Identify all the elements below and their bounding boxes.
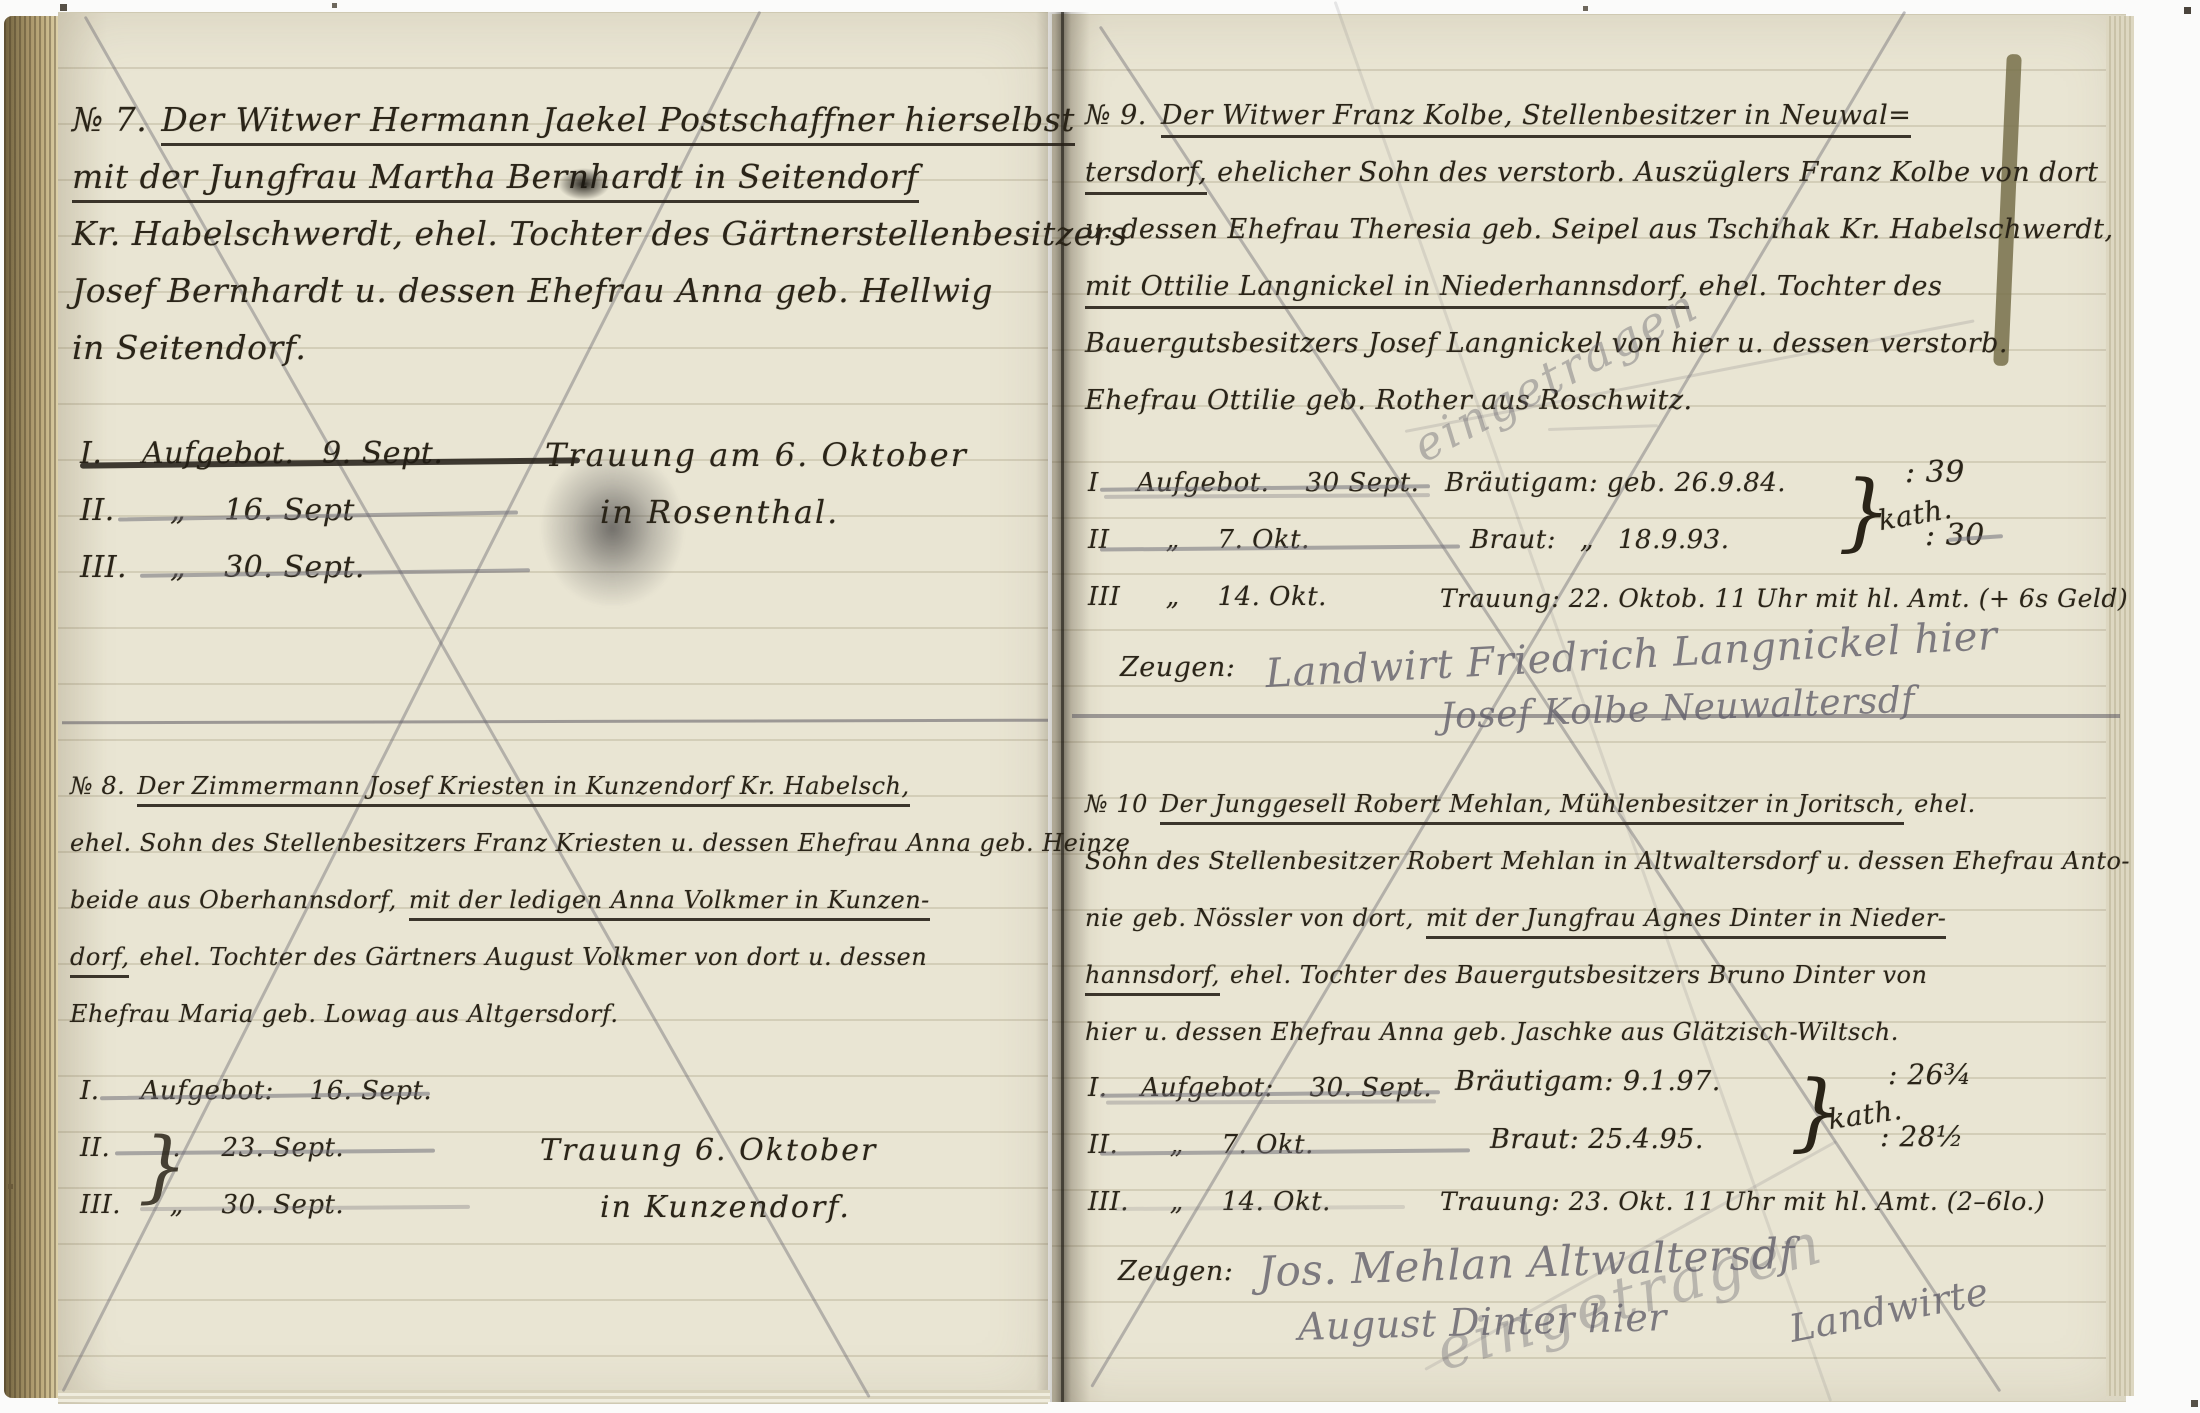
entry10-bride-name-cont: hannsdorf, — [1085, 961, 1220, 996]
entry8-banns-row2: II. . 23. Sept. — [80, 1133, 344, 1163]
entry8-line5: Ehefrau Maria geb. Lowag aus Altgersdorf… — [70, 1000, 618, 1028]
entry10-groom-name: Der Junggesell Robert Mehlan, Mühlenbesi… — [1160, 790, 1904, 825]
entry8-wedding-line2: in Kunzendorf. — [600, 1190, 851, 1225]
entry10-groom-mother: nie geb. Nössler von dort, — [1085, 904, 1414, 932]
entry10-groom-age: : 26¾ — [1888, 1058, 1972, 1091]
page-stack-bottom-edge — [58, 1390, 1050, 1402]
entry7-banns-row2: II. „ 16. Sept — [80, 493, 355, 528]
entry8-line3: beide aus Oberhannsdorf,mit der ledigen … — [70, 886, 930, 914]
entry10-number: № 10 — [1085, 790, 1148, 818]
entry7-groom-name: Der Witwer Hermann Jaekel Postschaffner … — [161, 100, 1075, 146]
entry7-line4: Josef Bernhardt u. dessen Ehefrau Anna g… — [72, 271, 993, 310]
entry10-wedding-info: Trauung: 23. Okt. 11 Uhr mit hl. Amt. (2… — [1440, 1187, 2045, 1216]
entry10-banns-row1: I. Aufgebot: 30. Sept. — [1088, 1073, 1432, 1103]
entry9-bride-name: mit Ottilie Langnickel in Niederhannsdor… — [1085, 271, 1689, 309]
entry7-bride-name: mit der Jungfrau Martha Bernhardt in Sei… — [72, 157, 919, 203]
entry8-bride-parents: ehel. Tochter des Gärtners August Volkme… — [139, 943, 927, 971]
entry10-banns-row3: III. „ 14. Okt. — [1088, 1187, 1331, 1217]
entry9-bride-parents: ehel. Tochter des — [1699, 271, 1943, 302]
entry7-banns-row3: III. „ 30. Sept. — [80, 550, 365, 585]
entry10-witnesses-label: Zeugen: — [1118, 1256, 1233, 1287]
banns-roman-3: III. — [80, 1190, 132, 1220]
entry9-groom-parents: ehelicher Sohn des verstorb. Auszüglers … — [1217, 157, 2098, 188]
entry9-groom-birth: Bräutigam: geb. 26.9.84. — [1445, 468, 1786, 498]
entry9-groom-name-cont: tersdorf, — [1085, 157, 1207, 195]
entry10-bride-parents: ehel. Tochter des Bauergutsbesitzers Bru… — [1230, 961, 1927, 989]
entry8-line4: dorf,ehel. Tochter des Gärtners August V… — [70, 943, 927, 971]
entry9-line2: tersdorf,ehelicher Sohn des verstorb. Au… — [1085, 157, 2099, 188]
banns-brace: } — [138, 1122, 188, 1212]
banns-roman-3: III. — [1088, 1187, 1132, 1217]
entry10-groom-birth: Bräutigam: 9.1.97. — [1455, 1066, 1721, 1097]
ink-blot-bernhardt — [558, 168, 610, 200]
banns-roman-1: I. — [1088, 1073, 1132, 1103]
entry9-bride-birth: Braut:„18.9.93. — [1470, 525, 1730, 555]
entry7-line2: mit der Jungfrau Martha Bernhardt in Sei… — [72, 157, 919, 196]
entry10-banns-row2: II. „ 7. Okt. — [1088, 1130, 1314, 1160]
register-book-spread: № 7.Der Witwer Hermann Jaekel Postschaff… — [0, 0, 2200, 1413]
ditto-mark: „ — [142, 493, 214, 528]
entry8-groom-name: Der Zimmermann Josef Kriesten in Kunzend… — [137, 772, 909, 807]
banns-label: Aufgebot: — [141, 1076, 301, 1106]
entry8-bride-name-cont: dorf, — [70, 943, 129, 978]
ditto-mark: „ — [1141, 1187, 1213, 1217]
entry8-banns-row1: I. Aufgebot: 16. Sept. — [80, 1076, 432, 1106]
entry8-number: № 8. — [70, 772, 125, 800]
entry8-wedding-line1: Trauung 6. Oktober — [540, 1133, 877, 1168]
bride-birthdate: 18.9.93. — [1618, 525, 1730, 555]
banns-date: 14. Okt. — [1218, 582, 1327, 612]
entry9-number: № 9. — [1085, 100, 1147, 131]
entry7-wedding-line2: in Rosenthal. — [600, 493, 839, 531]
entry9-line1: № 9.Der Witwer Franz Kolbe, Stellenbesit… — [1085, 100, 1911, 131]
entry8-line1: № 8.Der Zimmermann Josef Kriesten in Kun… — [70, 772, 910, 800]
entry10-line4: hannsdorf,ehel. Tochter des Bauergutsbes… — [1085, 961, 1927, 989]
banns-roman-2: II. — [80, 1133, 132, 1163]
banns-roman-2: II. — [80, 493, 132, 528]
entry8-bride-name: mit der ledigen Anna Volkmer in Kunzen- — [409, 886, 930, 921]
banns-roman-3: III — [1088, 582, 1128, 612]
bride-label: Braut: — [1470, 525, 1556, 555]
ditto-mark: „ — [142, 550, 214, 585]
entry7-line5: in Seitendorf. — [72, 328, 306, 367]
entry10-bride-birth: Braut: 25.4.95. — [1490, 1124, 1704, 1155]
entry7-line1: № 7.Der Witwer Hermann Jaekel Postschaff… — [72, 100, 1075, 139]
entry7-wedding-line1: Trauung am 6. Oktober — [545, 436, 968, 474]
banns-roman-3: III. — [80, 550, 132, 585]
banns-roman-1: I — [1088, 468, 1128, 498]
ditto-mark: „ — [1141, 1130, 1213, 1160]
entry7-line3: Kr. Habelschwerdt, ehel. Tochter des Gär… — [72, 214, 1127, 253]
entry8-parents: beide aus Oberhannsdorf, — [70, 886, 397, 914]
entry9-groom-age: : 39 — [1905, 455, 1965, 490]
scan-dust-specks — [0, 0, 3, 3]
entry9-groom-name: Der Witwer Franz Kolbe, Stellenbesitzer … — [1161, 100, 1911, 138]
ditto-mark: „ — [1580, 525, 1594, 555]
banns-date: 23. Sept. — [222, 1133, 345, 1163]
banns-date: 30. Sept. — [224, 550, 365, 585]
banns-date: 14. Okt. — [1222, 1187, 1331, 1217]
entry9-wedding-info: Trauung: 22. Oktob. 11 Uhr mit hl. Amt. … — [1440, 584, 2128, 613]
entry7-number: № 7. — [72, 100, 147, 139]
entry10-line1: № 10Der Junggesell Robert Mehlan, Mühlen… — [1085, 790, 1976, 818]
entry10-bride-age: : 28½ — [1880, 1120, 1964, 1153]
entry10-line2: Sohn des Stellenbesitzer Robert Mehlan i… — [1085, 847, 2130, 875]
banns-date: 16. Sept — [224, 493, 355, 528]
entry10-ehel: ehel. — [1914, 790, 1976, 818]
banns-roman-1: I. — [80, 1076, 132, 1106]
entry9-line3: u. dessen Ehefrau Theresia geb. Seipel a… — [1085, 214, 2114, 245]
ditto-mark: „ — [1137, 582, 1209, 612]
entry9-line4: mit Ottilie Langnickel in Niederhannsdor… — [1085, 271, 1942, 302]
entry9-line6: Ehefrau Ottilie geb. Rother aus Roschwit… — [1085, 385, 1693, 416]
entry9-banns-row3: III „ 14. Okt. — [1088, 582, 1327, 612]
entry10-line3: nie geb. Nössler von dort,mit der Jungfr… — [1085, 904, 1946, 932]
entry10-line5: hier u. dessen Ehefrau Anna geb. Jaschke… — [1085, 1018, 1899, 1046]
entry9-witnesses-label: Zeugen: — [1120, 652, 1235, 683]
banns-date: 7. Okt. — [1222, 1130, 1314, 1160]
book-binding-edge — [4, 16, 60, 1398]
entry10-bride-name: mit der Jungfrau Agnes Dinter in Nieder- — [1426, 904, 1946, 939]
banns-date: 7. Okt. — [1218, 525, 1310, 555]
banns-label: Aufgebot: — [1141, 1073, 1301, 1103]
entry8-line2: ehel. Sohn des Stellenbesitzers Franz Kr… — [70, 829, 1130, 857]
